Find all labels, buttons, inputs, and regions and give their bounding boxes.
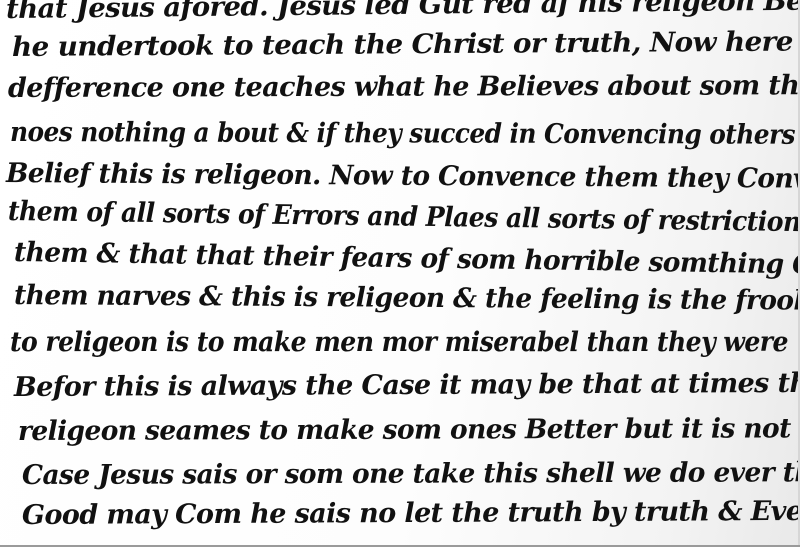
manuscript-line-1: that Jesus afored. Jesus led Gut red af …	[6, 0, 800, 25]
manuscript-line-4: noes nothing a bout & if they succed in …	[10, 117, 800, 151]
manuscript-line-6: them of all sorts of Errors and Plaes al…	[8, 196, 800, 239]
manuscript-line-10: Befor this is always the Case it may be …	[14, 368, 800, 403]
manuscript-line-7: them & that that their fears of som horr…	[14, 237, 800, 281]
manuscript-line-3: defference one teaches what he Believes …	[8, 70, 800, 104]
manuscript-line-2: he undertook to teach the Christ or trut…	[12, 26, 800, 63]
manuscript-line-11: religeon seames to make som ones Better …	[18, 413, 800, 447]
manuscript-line-13: Good may Com he sais no let the truth by…	[22, 495, 800, 531]
manuscript-line-9: to religeon is to make men mor miserabel…	[10, 327, 788, 358]
manuscript-line-5: Belief this is religeon. Now to Convence…	[6, 158, 800, 195]
manuscript-line-8: them narves & this is religeon & the fee…	[14, 280, 800, 317]
manuscript-line-12: Case Jesus sais or som one take this she…	[22, 457, 800, 491]
manuscript-page: that Jesus afored. Jesus led Gut red af …	[0, 0, 800, 547]
